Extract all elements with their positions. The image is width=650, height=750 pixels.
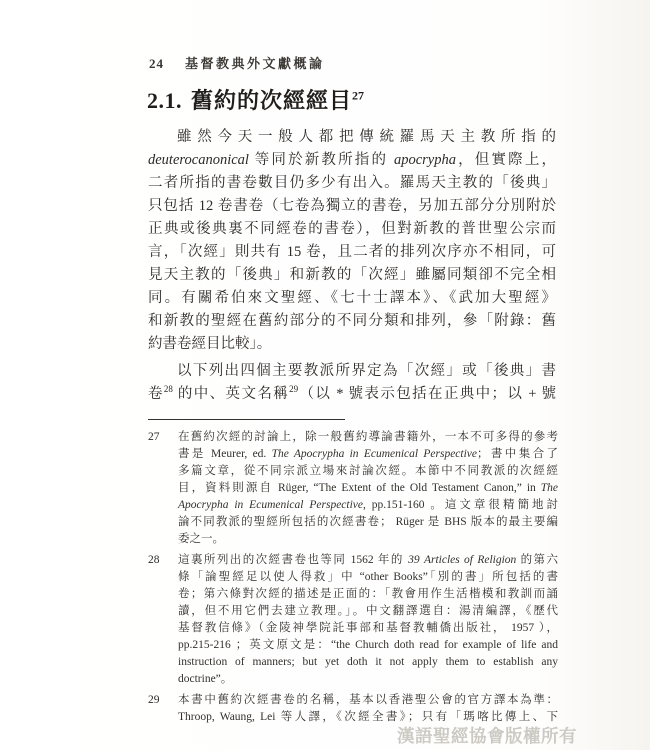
text-line: 正典或後典裏不同經卷的書卷），但對新教的普世聖公宗而 [148,218,556,241]
book-page-scan: 24 基督教典外文獻概論 2.1.舊約的次經經目27 雖然今天一般人都把傳統羅馬… [0,0,650,750]
text-line: 論不同教派的聖經所包括的次經書卷； Rüger 是 BHS 版本的最主要編 [178,514,558,531]
page-number: 24 [149,56,164,72]
footnote-number: 27 [148,429,160,446]
text-line: pp.215-216 ；英文原文是：“the Church doth read … [178,637,558,654]
watermark: 漢語聖經協會版權所有 [397,723,577,748]
text-line: 基督教信條》（金陵神學院託事部和基督教輔僑出版社， 1957 ）， [178,620,558,637]
text-line: 本書中舊約次經書卷的名稱，基本以香港聖公會的官方譯本為準： [178,692,558,709]
text-line: 和新教的聖經在舊約部分的不同分類和排列，參「附錄：舊 [148,310,556,333]
section-heading: 2.1.舊約的次經經目27 [147,84,364,115]
footnote-28: 28這裏所列出的次經書卷也等同 1562 年的 39 Articles of R… [148,552,558,688]
text-line: 見天主教的「後典」和新教的「次經」雖屬同類卻不完全相 [148,264,556,287]
running-header: 24 基督教典外文獻概論 [149,53,325,72]
text-line: 委之一。 [178,531,558,548]
text-line: doctrine”。 [178,671,558,688]
footnote-number: 28 [148,552,160,569]
text-line: 這裏所列出的次經書卷也等同 1562 年的 39 Articles of Rel… [178,552,558,569]
body-paragraph-2: 以下列出四個主要教派所界定為「次經」或「後典」書卷28 的中、英文名稱29（以 … [148,360,556,406]
text-line: 以下列出四個主要教派所界定為「次經」或「後典」書 [148,360,556,383]
text-line: 讀，但不用它們去建立教理。」。中文翻譯選自：湯清編譯，《歷代 [178,603,558,620]
text-line: 只包括 12 卷書卷（七卷為獨立的書卷，另加五部分分別附於 [148,195,556,218]
text-line: 多篇文章，從不同宗派立場來討論次經。本節中不同教派的次經經 [178,463,558,480]
footnotes-block: 27在舊約次經的討論上，除一般舊約導論書籍外，一本不可多得的參考書是 Meure… [148,429,558,730]
body-paragraph-1: 雖然今天一般人都把傳統羅馬天主教所指的deuterocanonical 等同於新… [148,126,556,356]
text-line: 約書卷經目比較」。 [148,333,556,356]
footnote-number: 29 [148,692,160,709]
footnote-27: 27在舊約次經的討論上，除一般舊約導論書籍外，一本不可多得的參考書是 Meure… [148,429,558,548]
section-number: 2.1. [147,88,182,113]
text-line: 書是 Meurer, ed. The Apocrypha in Ecumenic… [178,446,558,463]
text-line: 言，「次經」則共有 15 卷，且二者的排列次序亦不相同，可 [148,241,556,264]
text-line: 卷28 的中、英文名稱29（以 * 號表示包括在正典中；以 + 號 [148,383,556,406]
text-line: 目，資料則源自 Rüger, “The Extent of the Old Te… [178,480,558,497]
text-line: 卷；第六條對次經的描述是正面的：「教會用作生活楷模和教訓而誦 [178,586,558,603]
text-line: deuterocanonical 等同於新教所指的 apocrypha，但實際上… [148,149,556,172]
text-line: 二者所指的書卷數目仍多少有出入。羅馬天主教的「後典」 [148,172,556,195]
section-footnote-ref: 27 [352,89,364,103]
text-line: 同。有關希伯來文聖經、《七十士譯本》、《武加大聖經》 [148,287,556,310]
footnote-separator [148,419,345,420]
footnote-29: 29本書中舊約次經書卷的名稱，基本以香港聖公會的官方譯本為準：Throop, W… [148,692,558,726]
text-line: instruction of manners; but yet doth it … [178,654,558,671]
text-line: Apocrypha in Ecumenical Perspective, pp.… [178,497,558,514]
book-title: 基督教典外文獻概論 [185,53,325,72]
section-title: 舊約的次經經目 [191,88,352,113]
text-line: 在舊約次經的討論上，除一般舊約導論書籍外，一本不可多得的參考 [178,429,558,446]
text-line: 條「論聖經足以使人得救」中 “other Books”「別的書」所包括的書 [178,569,558,586]
text-line: 雖然今天一般人都把傳統羅馬天主教所指的 [148,126,556,149]
